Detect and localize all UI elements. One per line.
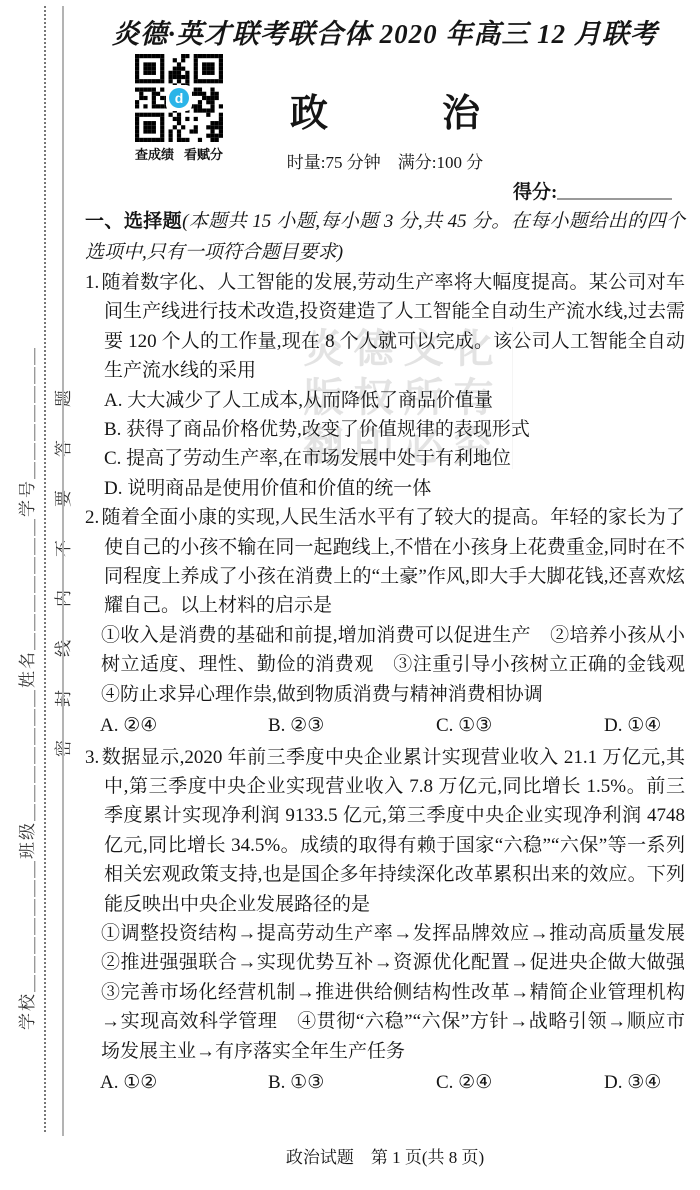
score-blank-line: [557, 180, 672, 200]
question-1-option-b: B. 获得了商品价格优势,改变了价值规律的表现形式: [85, 415, 685, 444]
question-2-stem: 2.随着全面小康的实现,人民生活水平有了较大的提高。年轻的家长为了使自己的小孩不…: [85, 503, 685, 621]
seal-line-solid-divider: [62, 6, 64, 1136]
question-2-answer-d: D. ①④: [604, 711, 661, 740]
question-1-option-a: A. 大大减少了人工成本,从而降低了商品价值量: [85, 386, 685, 415]
duration-and-score-info: 时量:75 分钟 满分:100 分: [85, 148, 685, 173]
question-1-option-d: D. 说明商品是使用价值和价值的统一体: [85, 474, 685, 503]
section-heading: 一、选择题(本题共 15 小题,每小题 3 分,共 45 分。在每小题给出的四个…: [85, 206, 685, 268]
question-3-answer-d: D. ③④: [604, 1068, 661, 1097]
question-list: 1.随着数字化、人工智能的发展,劳动生产率将大幅度提高。某公司对车间生产线进行技…: [85, 268, 685, 1099]
seal-line-student-info-labels: 学校＿＿＿＿＿＿＿班级＿＿＿＿＿＿＿姓名＿＿＿＿＿＿＿学号＿＿＿＿＿＿＿: [13, 346, 38, 1030]
question-3-answer-c: C. ②④: [436, 1068, 604, 1097]
question-3-answer-row: A. ①② B. ①③ C. ②④ D. ③④: [85, 1068, 685, 1097]
score-field: 得分:: [513, 177, 672, 204]
question-3-answer-a: A. ①②: [100, 1068, 268, 1097]
question-1-text: 随着数字化、人工智能的发展,劳动生产率将大幅度提高。某公司对车间生产线进行技术改…: [101, 272, 685, 381]
section-title: 一、选择题: [85, 211, 182, 232]
question-1-stem: 1.随着数字化、人工智能的发展,劳动生产率将大幅度提高。某公司对车间生产线进行技…: [85, 268, 685, 386]
question-2-numbered-items: ①收入是消费的基础和前提,增加消费可以促进生产 ②培养小孩从小树立适度、理性、勤…: [85, 621, 685, 709]
question-2-text: 随着全面小康的实现,人民生活水平有了较大的提高。年轻的家长为了使自己的小孩不输在…: [101, 507, 685, 616]
question-1-number: 1.: [85, 272, 101, 293]
seal-line-dotted-divider: [44, 6, 46, 1132]
question-2-answer-b: B. ②③: [268, 711, 436, 740]
question-1: 1.随着数字化、人工智能的发展,劳动生产率将大幅度提高。某公司对车间生产线进行技…: [85, 268, 685, 503]
exam-title: 炎德·英才联考联合体 2020 年高三 12 月联考: [85, 12, 685, 51]
score-label: 得分:: [513, 182, 557, 203]
question-2-answer-a: A. ②④: [100, 711, 268, 740]
question-3: 3.数据显示,2020 年前三季度中央企业累计实现营业收入 21.1 万亿元,其…: [85, 743, 685, 1098]
question-2-number: 2.: [85, 507, 101, 528]
question-3-numbered-items: ①调整投资结构→提高劳动生产率→发挥品牌效应→推动高质量发展 ②推进强强联合→实…: [85, 919, 685, 1066]
question-2-answer-c: C. ①③: [436, 711, 604, 740]
question-2-answer-row: A. ②④ B. ②③ C. ①③ D. ①④: [85, 711, 685, 740]
question-1-option-c: C. 提高了劳动生产率,在市场发展中处于有利地位: [85, 444, 685, 473]
page-footer: 政治试题 第 1 页(共 8 页): [85, 1143, 685, 1168]
question-3-number: 3.: [85, 747, 101, 768]
question-3-stem: 3.数据显示,2020 年前三季度中央企业累计实现营业收入 21.1 万亿元,其…: [85, 743, 685, 919]
subject-title: 政 治: [85, 82, 685, 137]
question-3-text: 数据显示,2020 年前三季度中央企业累计实现营业收入 21.1 万亿元,其中,…: [101, 747, 685, 915]
question-3-answer-b: B. ①③: [268, 1068, 436, 1097]
question-2: 2.随着全面小康的实现,人民生活水平有了较大的提高。年轻的家长为了使自己的小孩不…: [85, 503, 685, 740]
